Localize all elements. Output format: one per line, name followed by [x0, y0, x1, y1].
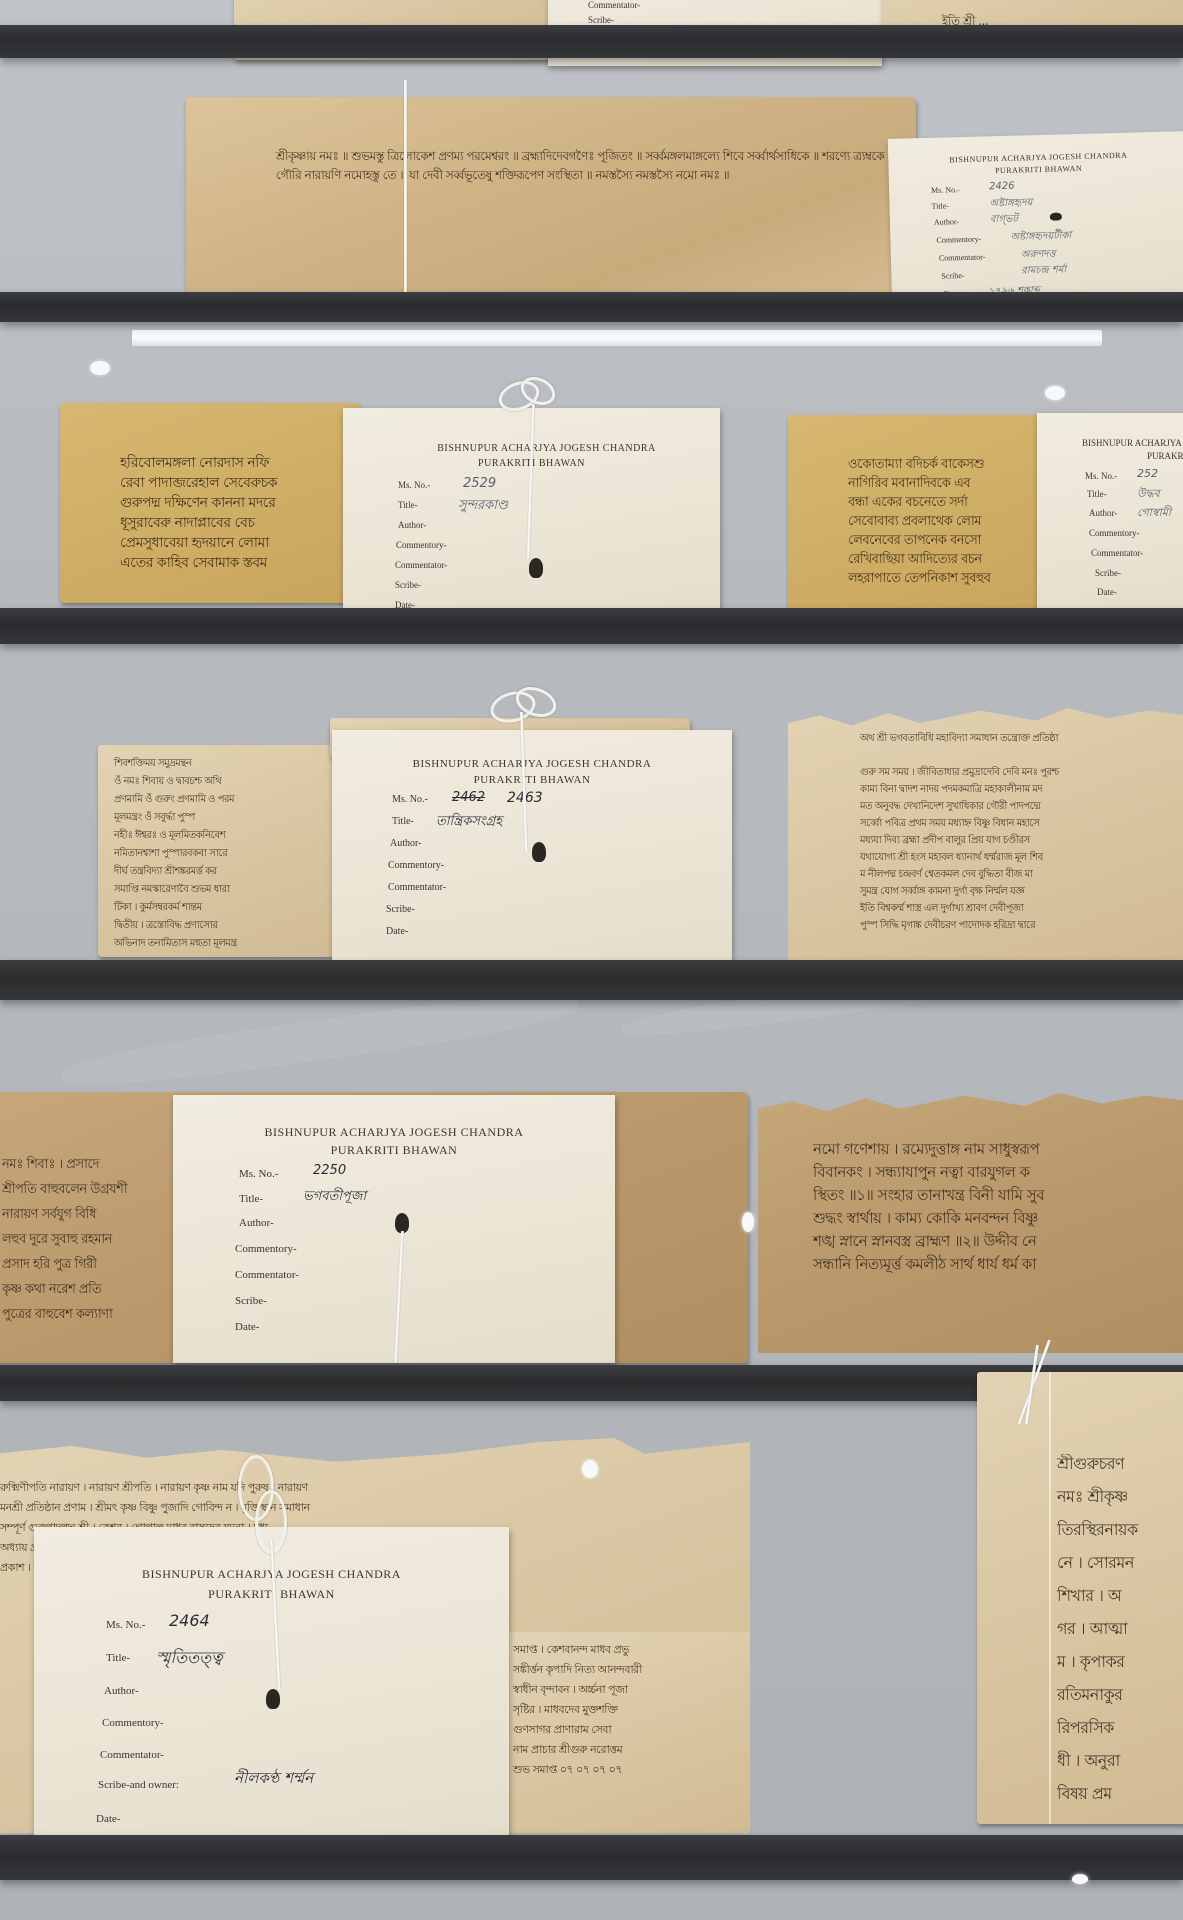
glass-reflection: [60, 984, 581, 1096]
light-strip: [132, 330, 1102, 346]
light-dot: [1072, 1874, 1088, 1884]
card-author: গোস্বামী: [1137, 504, 1171, 523]
string-hole: [1050, 212, 1062, 220]
card-commentator-label: Commentator-: [588, 0, 640, 10]
light-dot: [1045, 386, 1065, 400]
card-title: সুন্দরকাণ্ড: [458, 496, 508, 517]
card-title: অষ্টাঙ্গহৃদয়: [989, 195, 1032, 213]
card-ms-number: 2250: [313, 1163, 346, 1178]
shelf-1: [0, 292, 1183, 322]
label-card-row3: BISHNUPUR ACHARJYA JOGESH CHANDRA PURAKR…: [332, 730, 732, 962]
shelf-3: [0, 960, 1183, 1000]
card-ms-number: 2426: [989, 181, 1015, 193]
string-hole: [532, 842, 546, 862]
manuscript-row5-right: শ্রীগুরুচরণ নমঃ শ্রীকৃষ্ণ তিরস্থিরনায়ক …: [977, 1372, 1183, 1824]
card-ms-number: 2529: [463, 476, 496, 491]
string-hole: [266, 1689, 280, 1709]
card-author: বাগ্ভট: [990, 212, 1018, 230]
fold-line: [1049, 1372, 1051, 1824]
card-ms-number: 252: [1137, 467, 1158, 480]
card-title: স্মৃতিতত্ত্ব: [156, 1645, 222, 1672]
label-card-row4: BISHNUPUR ACHARJYA JOGESH CHANDRA PURAKR…: [173, 1095, 615, 1363]
shelf-5: [0, 1835, 1183, 1880]
manuscript-row2-left: হরিবোলমঙ্গলা নোরদাস নফি রেবা পাদাব্জরেহা…: [60, 403, 360, 603]
manuscript-row3-left: শিবশক্তিময় সমুদ্রমন্থন ওঁ নমঃ শিবায় ও …: [98, 745, 343, 957]
manuscript-row4-right: নমো গণেশায় । রম্যেদুত্তাঙ্গ নাম সাধুস্ব…: [758, 1093, 1183, 1353]
shelf-2: [0, 608, 1183, 644]
card-title: তান্ত্রিকসংগ্রহ: [436, 812, 502, 833]
manuscript-row5-middle: সমাপ্ত । কেশবানন্দ মাধব প্রভু সঙ্কীর্ত্ত…: [505, 1632, 750, 1832]
card-ms-number: 2464: [169, 1611, 210, 1630]
card-scribe-owner-label: Scribe-and owner:: [98, 1779, 179, 1791]
card-ms-number-struck: 2462: [452, 790, 485, 805]
label-card-row2-right: BISHNUPUR ACHARJYA JOGESH CHANDRA PURAKR…: [1037, 413, 1183, 610]
card-title: ভগবতীপূজা: [303, 1187, 366, 1208]
card-scribe: রামচন্দ্র শর্মা: [1021, 262, 1066, 280]
binding-string: [394, 1231, 404, 1363]
light-dot: [582, 1460, 598, 1478]
card-scribe: নীলকণ্ঠ শর্ম্মন: [234, 1767, 313, 1792]
light-dot: [90, 361, 110, 375]
card-scribe-label: Scribe-: [588, 15, 614, 25]
manuscript-row2-right: ওকোতাম্যা বদিচর্ক বাকেসশু নাগিরিব মবানাদ…: [788, 415, 1064, 612]
label-card-row1-right: BISHNUPUR ACHARJYA JOGESH CHANDRA PURAKR…: [888, 131, 1183, 314]
card-commentary: অষ্টাঙ্গহৃদয়টীকা: [1010, 228, 1071, 247]
manuscript-row1: শ্রীকৃষ্ণায় নমঃ ॥ শুভমস্তু ত্রিলোকেশ প্…: [186, 97, 916, 307]
string-hole: [529, 558, 543, 578]
card-title: উদ্ধব: [1137, 485, 1160, 504]
light-dot: [742, 1212, 754, 1232]
manuscript-row3-right: অথ শ্রী ভগবতাবিধি মহাবিদ্যা সমাধান তন্ত্…: [788, 708, 1183, 960]
shelf-0: [0, 25, 1183, 58]
binding-string: [404, 80, 407, 310]
